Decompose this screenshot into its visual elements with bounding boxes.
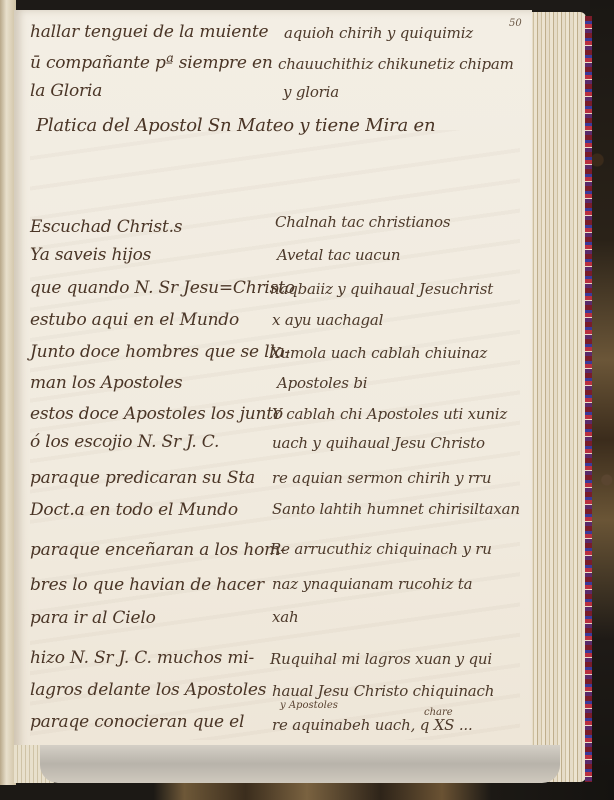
- line-es-b15: lagros delante los Apostoles: [30, 680, 266, 700]
- line-na-b1: Chalnah tac christianos: [275, 213, 450, 231]
- line-na-b9: re aquian sermon chirih y rru: [272, 469, 491, 487]
- line-es-b8: ó los escojio N. Sr J. C.: [30, 432, 219, 452]
- line-na-b16: re aquinabeh uach, q XS ...: [272, 716, 473, 734]
- line-na-b8: uach y quihaual Jesu Christo: [272, 434, 485, 452]
- line-es-b2: Ya saveis hijos: [30, 245, 151, 265]
- line-es-b14: hizo N. Sr J. C. muchos mi-: [30, 648, 254, 668]
- line-es-2: ū compañante pª siempre en: [30, 53, 273, 73]
- line-es-b1: Escuchad Christ.s: [30, 217, 182, 237]
- book-cover-right: [590, 0, 614, 800]
- line-es-b10: Doct.a en todo el Mundo: [30, 500, 238, 520]
- line-es-b4: estubo aqui en el Mundo: [30, 310, 239, 330]
- line-na-b14: Ruquihal mi lagros xuan y qui: [270, 650, 492, 668]
- line-es-3: la Gloria: [30, 81, 102, 101]
- line-na-b6: Apostoles bi: [277, 374, 367, 392]
- line-na-3: y gloria: [283, 83, 339, 101]
- line-na-b3: naqbaiiz y quihaual Jesuchrist: [270, 280, 493, 298]
- line-es-b11: paraque enceñaran a los hom-: [30, 540, 286, 560]
- line-es-b9: paraque predicaran su Sta: [30, 468, 255, 488]
- line-na-b13: xah: [272, 608, 298, 626]
- line-na-2: chauuchithiz chikunetiz chipam: [278, 55, 514, 73]
- line-es-b13: para ir al Cielo: [30, 608, 156, 628]
- line-na-b10: Santo lahtih humnet chirisiltaxan: [272, 500, 520, 518]
- page-stack-fore-edge: [530, 12, 586, 782]
- line-es-b6: man los Apostoles: [30, 373, 182, 393]
- line-na-b7: Y cablah chi Apostoles uti xuniz: [272, 405, 507, 423]
- sermon-heading: Platica del Apostol Sn Mateo y tiene Mir…: [36, 115, 435, 136]
- line-es-b16: paraqe conocieran que el: [30, 712, 244, 732]
- water-stain: [40, 745, 560, 783]
- line-es-1: hallar tenguei de la muiente: [30, 22, 268, 42]
- line-na-1: aquioh chirih y quiquimiz: [284, 24, 473, 42]
- line-es-b7: estos doce Apostoles los junto: [30, 404, 283, 424]
- book-cover-bottom: [0, 780, 614, 800]
- line-es-b3: que quando N. Sr Jesu=Christo: [30, 278, 295, 298]
- marbled-edge: [585, 16, 592, 782]
- line-na-b12: naz ynaquianam rucohiz ta: [272, 575, 472, 593]
- line-na-b15: haual Jesu Christo chiquinach: [272, 682, 494, 700]
- line-na-b5: Xumola uach cablah chiuinaz: [270, 344, 487, 362]
- interlinear-note-apostoles: y Apostoles: [280, 700, 338, 711]
- folio-number: 50: [509, 18, 522, 29]
- line-es-b12: bres lo que havian de hacer: [30, 575, 264, 595]
- line-na-b2: Avetal tac uacun: [277, 246, 400, 264]
- line-es-b5: Junto doce hombres que se lla-: [30, 342, 290, 362]
- line-na-b4: x ayu uachagal: [272, 311, 383, 329]
- line-na-b11: Re arrucuthiz chiquinach y ru: [270, 540, 492, 558]
